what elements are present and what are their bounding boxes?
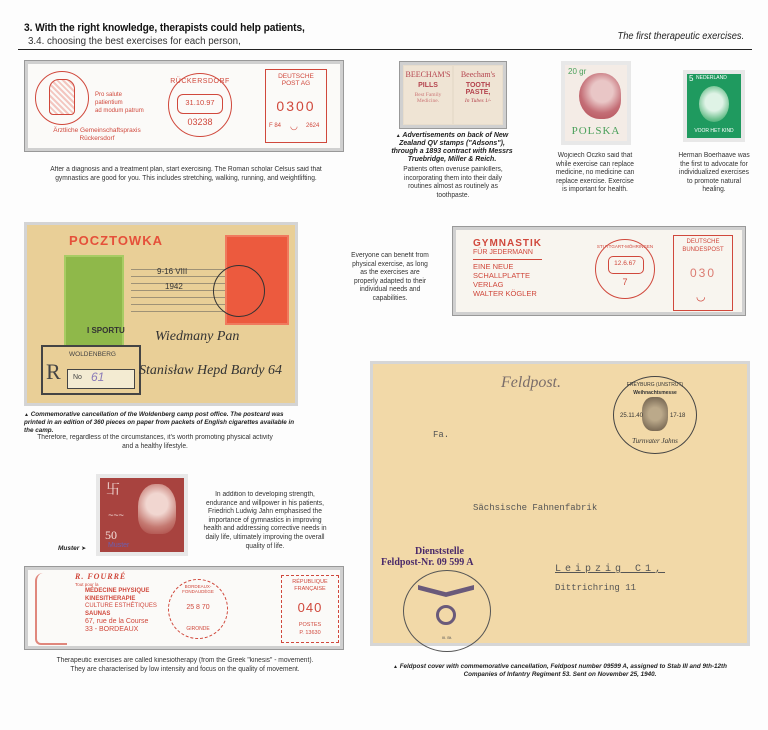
nederland-caption: Herman Boerhaave was the first to advoca… (678, 152, 750, 195)
gymnastik-side-caption: Everyone can benefit from physical exerc… (348, 252, 432, 304)
posthorn-icon: ◡ (290, 121, 298, 132)
oczko-portrait-icon (579, 73, 621, 119)
dienststelle-stamp: Dienststelle Feldpost-Nr. 09 599 A (381, 546, 473, 568)
republique-indicia: RÉPUBLIQUE FRANÇAISE 040 POSTES P. 13630 (281, 575, 339, 643)
postage-value: 040 (282, 600, 338, 615)
beecham-caption: Patients often overuse painkillers, inco… (401, 166, 506, 200)
registration-label: R WOLDENBERG No 61 (41, 345, 141, 395)
gymnastik-meter-strip: GYMNASTIK FÜR JEDERMANN EINE NEUE SCHALL… (452, 226, 746, 316)
polska-caption: Wojciech Oczko said that while exercise … (554, 152, 636, 195)
postage-value: 0300 (266, 98, 326, 114)
woldenberg-note: ▲ Commemorative cancellation of the Wold… (24, 411, 300, 435)
page-title: 3. With the right knowledge, therapists … (24, 22, 305, 34)
header-divider (18, 49, 752, 50)
caret-icon: ▲ (393, 664, 398, 670)
deutsche-post-indicia: DEUTSCHE POST AG 0300 F 84 ◡ 2624 (265, 69, 327, 143)
feldpost-note: ▲ Feldpost cover with commemorative canc… (380, 663, 740, 679)
nederland-boerhaave-stamp: 5 NEDERLAND VOOR HET KIND (683, 70, 745, 142)
caret-icon: ▲ (396, 133, 401, 139)
wreath-icon (436, 605, 456, 625)
turner-cross-icon: 卐 (106, 483, 120, 495)
arrow-right-icon: ➤ (81, 546, 86, 552)
beecham-adson-pair: BEECHAM'S PILLS Best Family Medicine. Be… (399, 61, 507, 129)
practice-name: Ärztliche Gemeinschaftspraxis Rückersdor… (37, 127, 157, 143)
beecham-note: ▲ Advertisements on back of New Zealand … (390, 132, 514, 164)
boerhaave-portrait-icon (699, 86, 729, 122)
handwritten-feldpost: Feldpost. (501, 374, 561, 392)
caret-icon: ▲ (24, 412, 29, 418)
muster-label: Muster ➤ (58, 545, 86, 553)
signature: ~~~ (108, 510, 124, 520)
section-title: The first therapeutic exercises. (617, 31, 744, 42)
celsus-portrait-icon (49, 79, 75, 115)
exerciser-figure-icon (35, 573, 67, 645)
eagle-seal: III. Bt. (403, 570, 491, 652)
street-line: Dittrichring 11 (555, 583, 636, 593)
page-subtitle: 3.4. choosing the best exercises for eac… (28, 35, 241, 47)
ruckersdorf-caption: After a diagnosis and a treatment plan, … (44, 166, 329, 183)
posthorn-icon: ◡ (696, 290, 706, 303)
motto: Pro salute patientium ad modum patrum (95, 91, 144, 115)
bundespost-indicia: DEUTSCHE BUNDESPOST 030 ◡ (673, 235, 733, 311)
handwritten-address-1: Wiedmany Pan (155, 329, 239, 345)
woldenberg-postcard: POCZTOWKA 9-16 VIII 1942 I SPORTU R WOLD… (24, 222, 298, 406)
fourre-caption: Therapeutic exercises are called kinesio… (49, 657, 321, 674)
woldenberg-caption: Therefore, regardless of the circumstanc… (36, 434, 274, 451)
stuttgart-postmark: STUTTGART-MÖHRINGEN 12.6.67 7 (595, 239, 655, 299)
eagle-icon (418, 585, 474, 597)
oflag-postmark (213, 265, 265, 317)
fourre-services: MÉDECINE PHYSIQUE KINESITHERAPIE CULTURE… (85, 588, 157, 633)
gymnastik-ad: GYMNASTIK FÜR JEDERMANN EINE NEUE SCHALL… (473, 239, 542, 298)
adson-pills: BEECHAM'S PILLS Best Family Medicine. (404, 66, 452, 124)
postcard-title: POCZTOWKA (69, 233, 163, 248)
ruckersdorf-postmark: RÜCKERSDORF 31.10.97 03238 (168, 73, 232, 137)
postage-value: 030 (674, 266, 732, 280)
city-line: Leipzig C1, (555, 564, 665, 575)
jahn-caption: In addition to developing strength, endu… (203, 491, 327, 551)
jahn-portrait-icon (642, 397, 668, 431)
addressee-name: Sächsische Fahnenfabrik (473, 503, 597, 513)
jahn-portrait-icon (138, 484, 176, 534)
handwritten-address-2: Stanisław Hepd Bardy 64 (139, 363, 282, 379)
polska-oczko-stamp: 20 gr POLSKA (561, 61, 631, 145)
feldpost-cover: Feldpost. FREYBURG (UNSTRUT) Weihnachtsm… (370, 361, 750, 646)
adson-toothpaste: Beecham's TOOTH PASTE, In Tubes 1/- (454, 66, 502, 124)
bordeaux-postmark: BORDEAUX-FONDAUDÈGE 25 8 70 GIRONDE (168, 579, 228, 639)
jahn-stamp: 卐 ~~~ 50 Muster (96, 474, 188, 556)
ruckersdorf-meter-strip: Pro salute patientium ad modum patrum Är… (24, 60, 344, 152)
freyburg-cancel: FREYBURG (UNSTRUT) Weihnachtsmesse 25.11… (613, 376, 697, 454)
fourre-meter-strip: R. FOURRÉ Tout pour la MÉDECINE PHYSIQUE… (24, 566, 344, 650)
